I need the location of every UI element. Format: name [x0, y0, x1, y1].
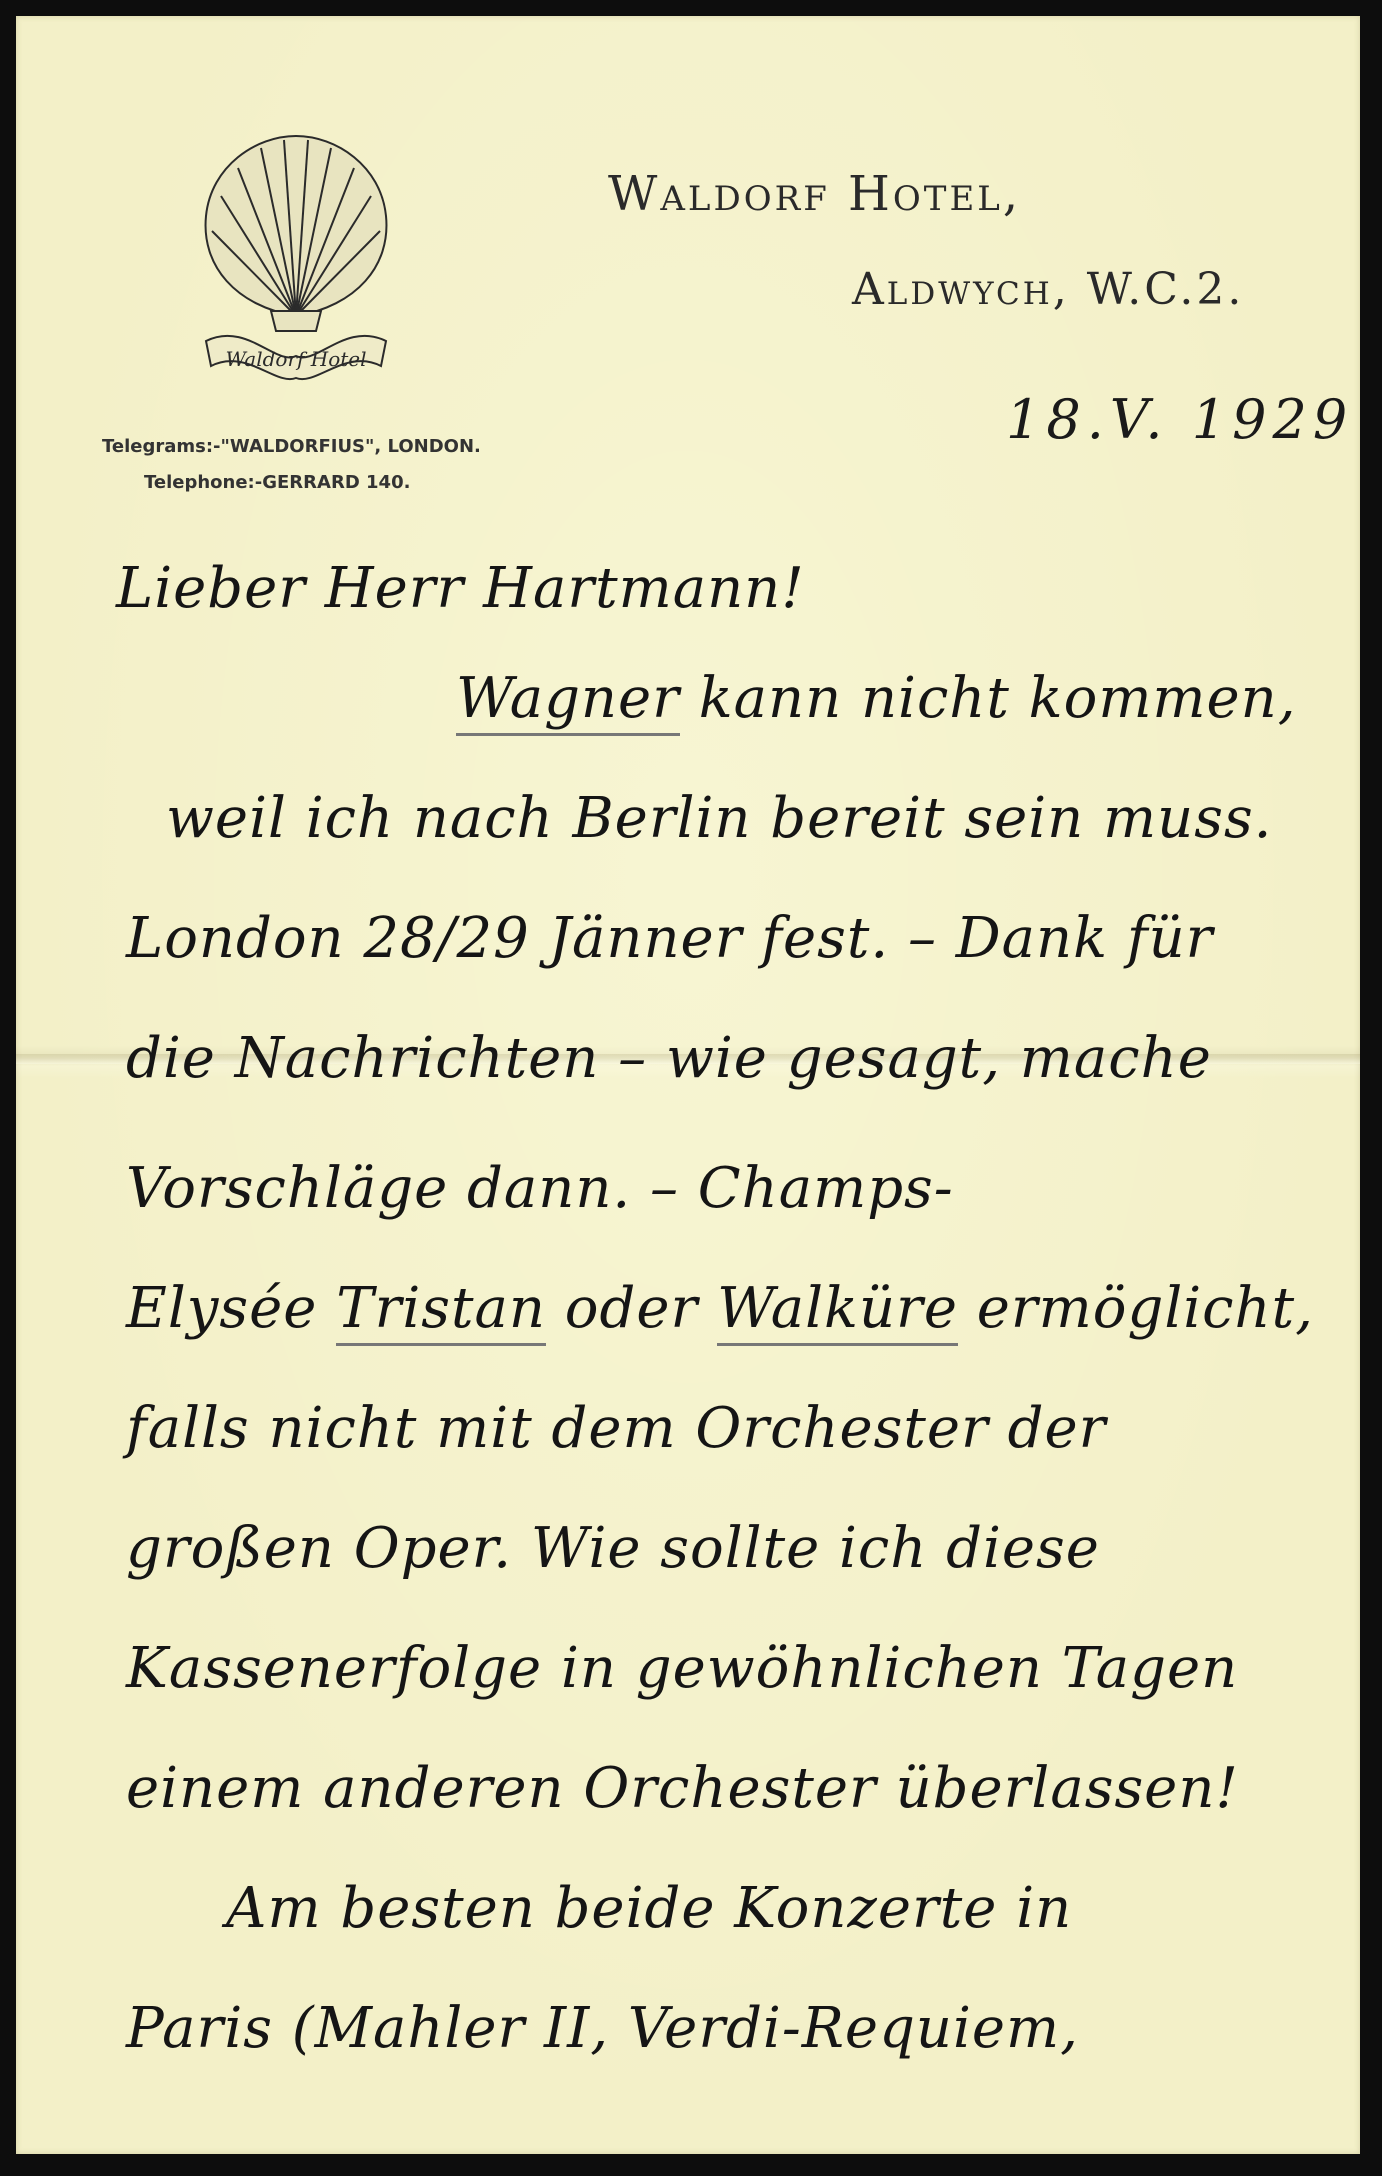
letter-line-6-b: oder	[546, 1276, 717, 1341]
letter-line-1: Wagner kann nicht kommen,	[456, 666, 1297, 731]
letter-line-1-rest: kann nicht kommen,	[680, 666, 1297, 731]
underlined-word-tristan: Tristan	[336, 1276, 546, 1346]
scallop-shell-crest-icon: Waldorf Hotel	[176, 116, 416, 386]
letter-line-10: einem anderen Orchester überlassen!	[126, 1756, 1239, 1821]
underlined-word-wagner: Wagner	[456, 666, 680, 736]
letter-line-6-a: Elysée	[126, 1276, 336, 1341]
telephone-line: Telephone:-GERRARD 140.	[144, 472, 410, 493]
letter-line-4: die Nachrichten – wie gesagt, mache	[126, 1026, 1212, 1091]
telegrams-line: Telegrams:-"WALDORFIUS", LONDON.	[102, 436, 481, 457]
letter-sheet: Waldorf Hotel Waldorf Hotel, Aldwych, W.…	[16, 16, 1360, 2154]
letter-line-6: Elysée Tristan oder Walküre ermöglicht,	[126, 1276, 1314, 1341]
letter-line-5: Vorschläge dann. – Champs-	[126, 1156, 954, 1221]
crest-ribbon-text: Waldorf Hotel	[225, 347, 366, 371]
letter-line-7: falls nicht mit dem Orchester der	[126, 1396, 1106, 1461]
salutation: Lieber Herr Hartmann!	[116, 556, 805, 621]
letter-line-6-c: ermöglicht,	[958, 1276, 1314, 1341]
underlined-word-walkure: Walküre	[717, 1276, 958, 1346]
letter-line-11: Am besten beide Konzerte in	[226, 1876, 1072, 1941]
letter-date: 18.V. 1929	[1006, 388, 1353, 451]
hotel-name: Waldorf Hotel,	[608, 166, 1021, 222]
hotel-address: Aldwych, W.C.2.	[852, 264, 1244, 315]
letter-line-3: London 28/29 Jänner fest. – Dank für	[126, 906, 1213, 971]
letter-line-8: großen Oper. Wie sollte ich diese	[126, 1516, 1100, 1581]
letter-line-9: Kassenerfolge in gewöhnlichen Tagen	[126, 1636, 1238, 1701]
letter-line-2: weil ich nach Berlin bereit sein muss.	[166, 786, 1272, 851]
letter-line-12: Paris (Mahler II, Verdi-Requiem,	[126, 1996, 1079, 2061]
